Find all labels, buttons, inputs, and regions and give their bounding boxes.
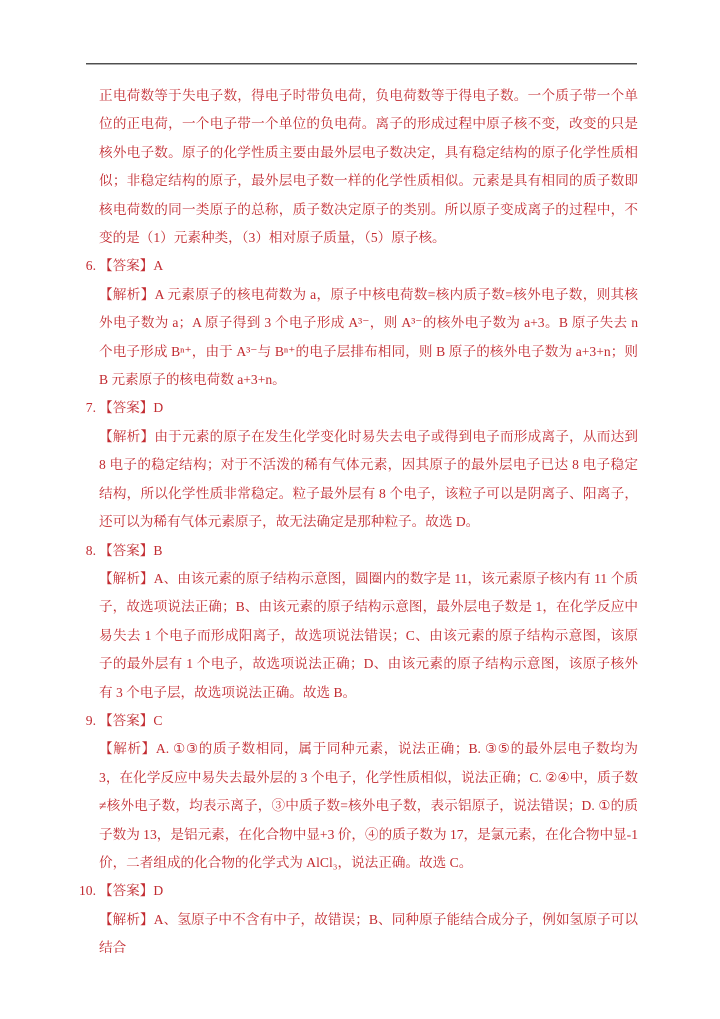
- answer-label: 【答案】: [99, 883, 153, 898]
- analysis-label: 【解析】: [99, 287, 155, 302]
- analysis-label: 【解析】: [99, 912, 154, 927]
- analysis-paragraph: 【解析】由于元素的原子在发生化学变化时易失去电子或得到电子而形成离子，从而达到 …: [99, 423, 638, 537]
- answer-value: C: [153, 713, 162, 728]
- analysis-label: 【解析】: [99, 571, 154, 586]
- answer-line: 10.【答案】D: [99, 877, 638, 905]
- item-number: 7.: [86, 394, 99, 422]
- answer-value: D: [153, 883, 163, 898]
- analysis-label: 【解析】: [99, 741, 156, 756]
- answer-item-8: 8.【答案】B 【解析】A、由该元素的原子结构示意图，圆圈内的数字是 11，该元…: [99, 537, 638, 707]
- analysis-text: A. ①③的质子数相同，属于同种元素，说法正确；B. ③⑤的最外层电子数均为 3…: [99, 741, 638, 870]
- analysis-label: 【解析】: [99, 429, 154, 444]
- item-number: 8.: [86, 537, 99, 565]
- answer-value: B: [153, 543, 162, 558]
- answer-item-9: 9.【答案】C 【解析】A. ①③的质子数相同，属于同种元素，说法正确；B. ③…: [99, 707, 638, 877]
- analysis-paragraph: 【解析】A 元素原子的核电荷数为 a，原子中核电荷数=核内质子数=核外电子数，则…: [99, 281, 638, 395]
- analysis-paragraph: 【解析】A、氢原子中不含有中子，故错误；B、同种原子能结合成分子，例如氢原子可以…: [99, 906, 638, 963]
- analysis-text: A、氢原子中不含有中子，故错误；B、同种原子能结合成分子，例如氢原子可以结合: [99, 912, 638, 955]
- intro-paragraph: 正电荷数等于失电子数，得电子时带负电荷，负电荷数等于得电子数。一个质子带一个单位…: [99, 82, 638, 252]
- analysis-paragraph: 【解析】A. ①③的质子数相同，属于同种元素，说法正确；B. ③⑤的最外层电子数…: [99, 735, 638, 877]
- page-content: 正电荷数等于失电子数，得电子时带负电荷，负电荷数等于得电子数。一个质子带一个单位…: [99, 82, 638, 963]
- answer-value: A: [153, 258, 163, 273]
- analysis-text: A 元素原子的核电荷数为 a，原子中核电荷数=核内质子数=核外电子数，则其核外电…: [99, 287, 638, 387]
- item-number: 9.: [86, 707, 99, 735]
- analysis-text: 由于元素的原子在发生化学变化时易失去电子或得到电子而形成离子，从而达到 8 电子…: [99, 429, 638, 529]
- document-page: 正电荷数等于失电子数，得电子时带负电荷，负电荷数等于得电子数。一个质子带一个单位…: [0, 0, 720, 1019]
- answer-label: 【答案】: [99, 400, 153, 415]
- answer-line: 6.【答案】A: [99, 252, 638, 280]
- answer-item-6: 6.【答案】A 【解析】A 元素原子的核电荷数为 a，原子中核电荷数=核内质子数…: [99, 252, 638, 394]
- item-number: 10.: [79, 877, 99, 905]
- analysis-paragraph: 【解析】A、由该元素的原子结构示意图，圆圈内的数字是 11，该元素原子核内有 1…: [99, 565, 638, 707]
- answer-label: 【答案】: [99, 713, 153, 728]
- answer-line: 8.【答案】B: [99, 537, 638, 565]
- answer-line: 7.【答案】D: [99, 394, 638, 422]
- answer-item-7: 7.【答案】D 【解析】由于元素的原子在发生化学变化时易失去电子或得到电子而形成…: [99, 394, 638, 536]
- answer-value: D: [153, 400, 163, 415]
- answer-label: 【答案】: [99, 543, 153, 558]
- header-divider-line: [86, 63, 637, 65]
- answer-item-10: 10.【答案】D 【解析】A、氢原子中不含有中子，故错误；B、同种原子能结合成分…: [99, 877, 638, 962]
- analysis-text: A、由该元素的原子结构示意图，圆圈内的数字是 11，该元素原子核内有 11 个质…: [99, 571, 638, 700]
- answer-line: 9.【答案】C: [99, 707, 638, 735]
- answer-label: 【答案】: [99, 258, 153, 273]
- item-number: 6.: [86, 252, 99, 280]
